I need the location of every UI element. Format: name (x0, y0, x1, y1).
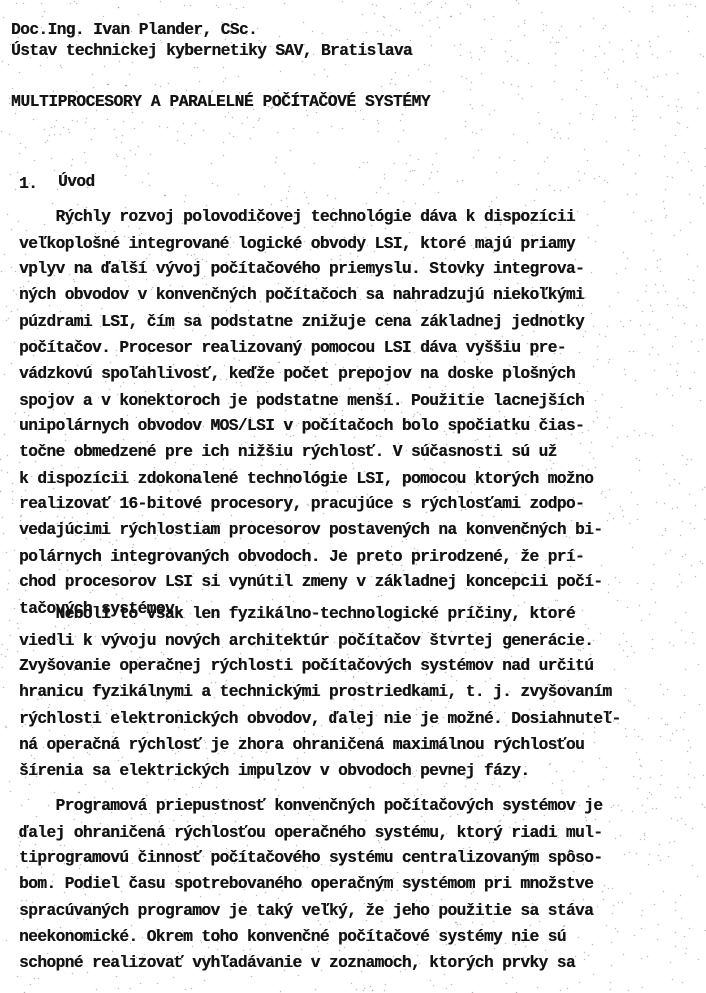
text-line: unipolárnych obvodov MOS/LSI v počítačoc… (19, 416, 584, 436)
section-number: 1. (19, 174, 37, 194)
text-line: točne obmedzené pre ich nižšiu rýchlosť.… (19, 442, 557, 462)
text-line: ná operačná rýchlosť je zhora ohraničená… (19, 735, 584, 755)
text-line: schopné realizovať vyhľadávanie v zoznam… (19, 953, 575, 973)
text-line: Programová priepustnosť konvenčných počí… (19, 796, 602, 816)
section-heading: Úvod (58, 172, 94, 192)
text-line: Zvyšovanie operačnej rýchlosti počítačov… (19, 656, 593, 676)
text-line: šírenia sa elektrických impulzov v obvod… (19, 761, 529, 781)
text-line: Rýchly rozvoj polovodičovej technológie … (19, 207, 575, 227)
text-line: vedajúcimi rýchlostiam procesorov postav… (19, 520, 602, 540)
document-title: MULTIPROCESORY A PARALELNÉ POČÍTAČOVÉ SY… (11, 92, 430, 112)
author-line: Doc.Ing. Ivan Plander, CSc. (11, 20, 257, 40)
text-line: veľkoplošné integrované logické obvody L… (19, 234, 575, 254)
text-line: spracúvaných programov je taký veľký, že… (19, 901, 593, 921)
text-line: púzdrami LSI, čím sa podstatne znižuje c… (19, 312, 584, 332)
text-line: polárnych integrovaných obvodoch. Je pre… (19, 547, 584, 567)
text-line: tiprogramovú činnosť počítačového systém… (19, 848, 602, 868)
text-line: rýchlosti elektronických obvodov, ďalej … (19, 709, 621, 729)
text-line: realizovať 16-bitové procesory, pracujúc… (19, 494, 584, 514)
affiliation-line: Ústav technickej kybernetiky SAV, Bratis… (11, 41, 412, 61)
text-line: bom. Podiel času spotrebovaného operačný… (19, 874, 593, 894)
text-line: viedli k vývoju nových architektúr počít… (19, 631, 593, 651)
scanned-page: Doc.Ing. Ivan Plander, CSc. Ústav techni… (0, 0, 706, 993)
text-line: vádzkovú spoľahlivosť, keďže počet prepo… (19, 364, 575, 384)
text-line: ných obvodov v konvenčných počítačoch sa… (19, 285, 584, 305)
text-line: vplyv na ďalší vývoj počítačového priemy… (19, 259, 584, 279)
text-line: počítačov. Procesor realizovaný pomocou … (19, 338, 566, 358)
text-line: ďalej ohraničená rýchlosťou operačného s… (19, 823, 602, 843)
text-line: Neboli to však len fyzikálno-technologic… (19, 604, 575, 624)
text-line: hranicu fyzikálnymi a technickými prostr… (19, 682, 611, 702)
text-line: spojov a v konektoroch je podstatne menš… (19, 391, 584, 411)
text-line: neekonomické. Okrem toho konvenčné počít… (19, 927, 566, 947)
text-line: k dispozícii zdokonalené technológie LSI… (19, 469, 593, 489)
text-line: chod procesorov LSI si vynútil zmeny v z… (19, 572, 602, 592)
